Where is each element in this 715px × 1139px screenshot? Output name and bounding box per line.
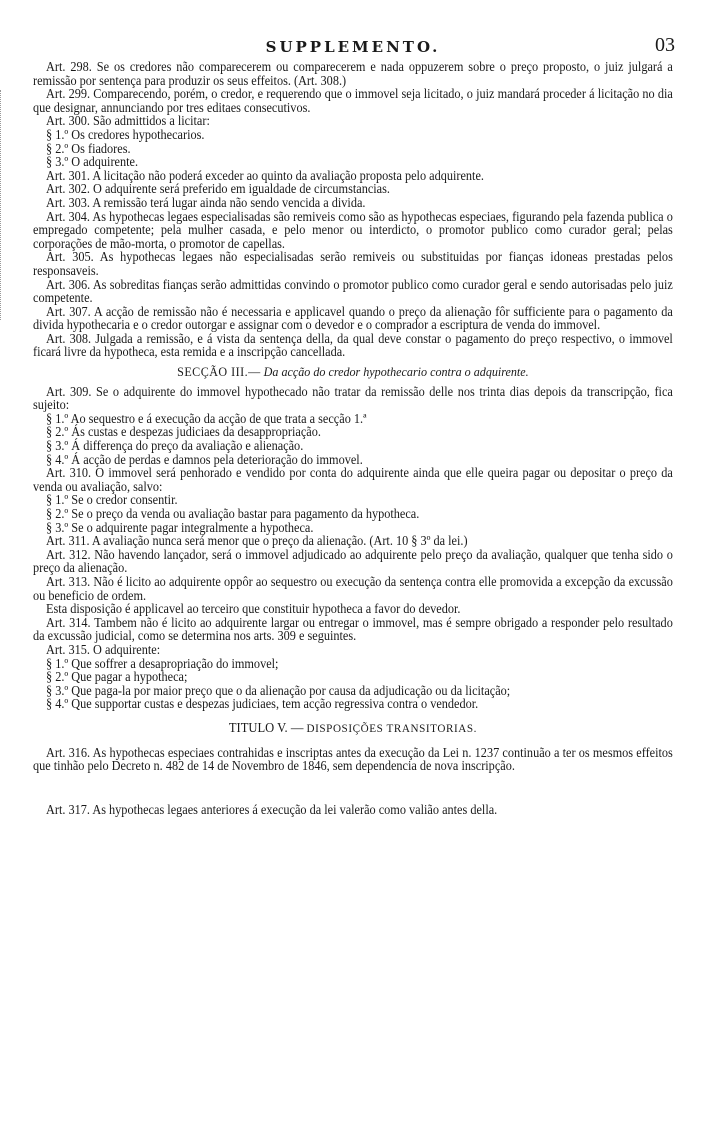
- titulo-heading: TITULO V. — DISPOSIÇÕES TRANSITORIAS.: [33, 721, 673, 736]
- article-paragraph: Art. 298. Se os credores não comparecere…: [33, 60, 673, 87]
- paragraph-clause: § 3.º Á differença do preço da avaliação…: [33, 439, 673, 453]
- article-paragraph: Art. 310. O immovel será penhorado e ven…: [33, 466, 673, 493]
- article-paragraph: Art. 309. Se o adquirente do immovel hyp…: [33, 385, 673, 412]
- article-paragraph: Art. 314. Tambem não é licito ao adquire…: [33, 616, 673, 643]
- articles-group-c: Art. 316. As hypothecas especiaes contra…: [33, 746, 673, 817]
- titulo-title: DISPOSIÇÕES TRANSITORIAS.: [307, 721, 477, 735]
- paragraph-clause: § 2.º Que pagar a hypotheca;: [33, 670, 673, 684]
- document-page: SUPPLEMENTO. 03 Art. 298. Se os credores…: [33, 0, 673, 817]
- page-header: SUPPLEMENTO. 03: [33, 0, 673, 60]
- paragraph-clause: § 1.º Ao sequestro e á execução da acção…: [33, 412, 673, 426]
- article-paragraph: Art. 316. As hypothecas especiaes contra…: [33, 746, 673, 773]
- paragraph-clause: § 1.º Os credores hypothecarios.: [33, 128, 673, 142]
- articles-group-b: Art. 309. Se o adquirente do immovel hyp…: [33, 385, 673, 711]
- paragraph-clause: § 3.º Que paga-la por maior preço que o …: [33, 684, 673, 698]
- paragraph-clause: § 3.º Se o adquirente pagar integralment…: [33, 521, 673, 535]
- articles-group-a: Art. 298. Se os credores não comparecere…: [33, 60, 673, 359]
- article-paragraph: Art. 307. A acção de remissão não é nece…: [33, 305, 673, 332]
- article-paragraph: Art. 304. As hypothecas legaes especiali…: [33, 210, 673, 251]
- paragraph-clause: § 1.º Que soffrer a desapropriação do im…: [33, 657, 673, 671]
- article-paragraph: Art. 306. As sobreditas fianças serão ad…: [33, 278, 673, 305]
- section-heading: SECÇÃO III.— Da acção do credor hypothec…: [33, 365, 673, 379]
- article-paragraph: Art. 308. Julgada a remissão, e á vista …: [33, 332, 673, 359]
- page-body: Art. 298. Se os credores não comparecere…: [33, 60, 673, 817]
- article-paragraph: Art. 299. Comparecendo, porém, o credor,…: [33, 87, 673, 114]
- running-title: SUPPLEMENTO.: [33, 38, 673, 56]
- article-paragraph: Art. 302. O adquirente será preferido em…: [33, 182, 673, 196]
- paragraph-clause: § 4.º Á acção de perdas e damnos pela de…: [33, 453, 673, 467]
- titulo-label: TITULO V. —: [229, 720, 304, 735]
- article-paragraph: Art. 313. Não é licito ao adquirente opp…: [33, 575, 673, 602]
- article-paragraph: Art. 305. As hypothecas legaes não espec…: [33, 250, 673, 277]
- paragraph-clause: § 2.º Os fiadores.: [33, 142, 673, 156]
- paragraph-clause: § 1.º Se o credor consentir.: [33, 493, 673, 507]
- spacer: [33, 786, 673, 790]
- section-label: SECÇÃO III.—: [177, 364, 260, 379]
- scan-margin-artifact: [0, 90, 3, 320]
- article-paragraph: Art. 311. A avaliação nunca será menor q…: [33, 534, 673, 548]
- article-paragraph: Art. 301. A licitação não poderá exceder…: [33, 169, 673, 183]
- article-paragraph: Art. 317. As hypothecas legaes anteriore…: [33, 803, 673, 817]
- page-number: 03: [655, 34, 675, 57]
- paragraph-clause: § 4.º Que supportar custas e despezas ju…: [33, 697, 673, 711]
- article-paragraph: Art. 300. São admittidos a licitar:: [33, 114, 673, 128]
- paragraph-clause: § 2.º Se o preço da venda ou avaliação b…: [33, 507, 673, 521]
- paragraph-clause: § 3.º O adquirente.: [33, 155, 673, 169]
- article-paragraph: Art. 303. A remissão terá lugar ainda nã…: [33, 196, 673, 210]
- article-paragraph: Esta disposição é applicavel ao terceiro…: [33, 602, 673, 616]
- article-paragraph: Art. 312. Não havendo lançador, será o i…: [33, 548, 673, 575]
- paragraph-clause: § 2.º Ás custas e despezas judiciaes da …: [33, 425, 673, 439]
- section-title: Da acção do credor hypothecario contra o…: [264, 364, 529, 379]
- article-paragraph: Art. 315. O adquirente:: [33, 643, 673, 657]
